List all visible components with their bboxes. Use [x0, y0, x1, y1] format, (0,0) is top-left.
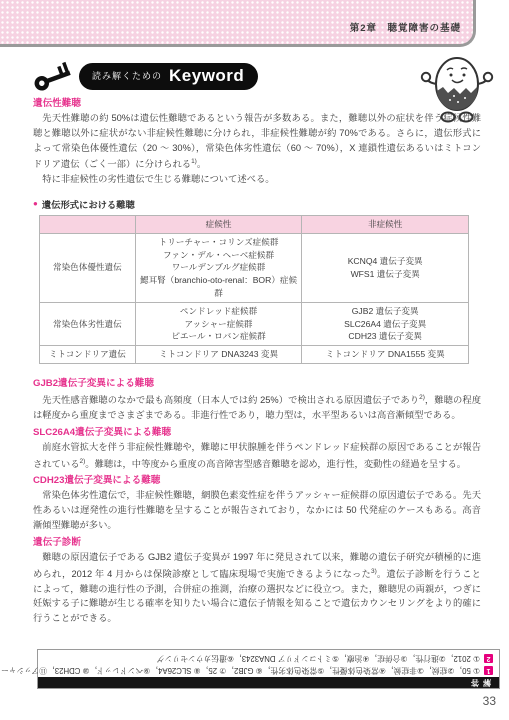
section-heading: SLC26A4遺伝子変異による難聴: [33, 426, 481, 440]
answer-text: ① 50，②症候，③非症候，④常染色体優性，⑤常染色体劣性，⑥ GJB2，⑦ 2…: [1, 665, 480, 676]
pink-bullet-icon: ●: [33, 200, 38, 208]
table-header-empty: [40, 216, 136, 234]
table-row-label: ミトコンドリア遺伝: [40, 346, 136, 364]
table-cell-line: ファン・デル・ヘーベ症候群: [139, 249, 299, 262]
paragraph: 先天性難聴の約 50%は遺伝性難聴であるという報告が多数ある。また，難聴以外の症…: [33, 111, 481, 172]
table-header-row: 症候性 非症候性: [40, 216, 469, 234]
paragraph: 先天性感音難聴のなかで最も高頻度（日本人では約 25%）で検出される原因遺伝子で…: [33, 391, 481, 423]
sections-top: 遺伝性難聴先天性難聴の約 50%は遺伝性難聴であるという報告が多数ある。また，難…: [33, 97, 481, 187]
table-cell-line: CDH23 遺伝子変異: [305, 330, 465, 343]
sections-bottom: GJB2遺伝子変異による難聴先天性感音難聴のなかで最も高頻度（日本人では約 25…: [33, 377, 481, 626]
section-heading: CDH23遺伝子変異による難聴: [33, 474, 481, 488]
answer-key-bar: 解答: [38, 677, 499, 688]
table-cell-symptomatic: ミトコンドリア DNA3243 変異: [135, 346, 302, 364]
table-cell-nonsymptomatic: KCNQ4 遺伝子変異WFS1 遺伝子変異: [302, 233, 469, 302]
main-content: 遺伝性難聴先天性難聴の約 50%は遺伝性難聴であるという報告が多数ある。また，難…: [33, 94, 481, 626]
paragraph: 前庭水管拡大を伴う非症候性難聴や，難聴に甲状腺腫を伴うペンドレッド症候群の原因で…: [33, 440, 481, 472]
keyword-badge-prefix: 読み解くための: [92, 69, 162, 82]
section-heading: 遺伝性難聴: [33, 97, 481, 111]
inheritance-table-block: ● 遺伝形式における難聴 症候性 非症候性 常染色体優性遺伝トリーチャー・コリン…: [33, 197, 481, 364]
chapter-header-band: 第2章 聴覚障害の基礎: [0, 0, 476, 47]
section-heading: GJB2遺伝子変異による難聴: [33, 377, 481, 391]
table-cell-line: ミトコンドリア DNA3243 変異: [139, 348, 299, 361]
chapter-title: 第2章 聴覚障害の基礎: [350, 20, 461, 34]
table-cell-line: WFS1 遺伝子変異: [305, 268, 465, 281]
answer-key-flipped-content: 解答 1① 50，②症候，③非症候，④常染色体優性，⑤常染色体劣性，⑥ GJB2…: [38, 650, 499, 688]
table-cell-line: ペンドレッド症候群: [139, 305, 299, 318]
key-icon: [32, 60, 74, 92]
keyword-badge: 読み解くための Keyword: [79, 63, 258, 90]
table-row-label: 常染色体劣性遺伝: [40, 302, 136, 345]
answer-row: 2① 2012，②進行性，③合併症，④治療，⑤ミトコンドリア DNA3243，⑥…: [38, 653, 499, 665]
table-row: ミトコンドリア遺伝ミトコンドリア DNA3243 変異ミトコンドリア DNA15…: [40, 346, 469, 364]
inheritance-table: 症候性 非症候性 常染色体優性遺伝トリーチャー・コリンズ症候群ファン・デル・ヘー…: [39, 215, 469, 364]
paragraph: 常染色体劣性遺伝で，非症候性難聴，網膜色素変性症を伴うアッシャー症候群の原因遺伝…: [33, 488, 481, 532]
table-row: 常染色体優性遺伝トリーチャー・コリンズ症候群ファン・デル・ヘーベ症候群ワールデン…: [40, 233, 469, 302]
answer-number-chip: 2: [484, 654, 493, 663]
table-cell-line: ピエール・ロバン症候群: [139, 330, 299, 343]
table-title-text: 遺伝形式における難聴: [42, 197, 135, 211]
table-cell-line: アッシャー症候群: [139, 318, 299, 331]
answer-row: 1① 50，②症候，③非症候，④常染色体優性，⑤常染色体劣性，⑥ GJB2，⑦ …: [38, 665, 499, 677]
table-row: 常染色体劣性遺伝ペンドレッド症候群アッシャー症候群ピエール・ロバン症候群GJB2…: [40, 302, 469, 345]
paragraph: 特に非症候性の劣性遺伝で生じる難聴について述べる。: [33, 172, 481, 187]
table-cell-line: KCNQ4 遺伝子変異: [305, 255, 465, 268]
answer-text: ① 2012，②進行性，③合併症，④治療，⑤ミトコンドリア DNA3243，⑥遺…: [157, 653, 480, 664]
table-cell-line: トリーチャー・コリンズ症候群: [139, 236, 299, 249]
page-number: 33: [483, 694, 496, 708]
paragraph: 難聴の原因遺伝子である GJB2 遺伝子変異が 1997 年に発見されて以来，難…: [33, 550, 481, 626]
answer-number-chip: 1: [484, 666, 493, 675]
keyword-header: 読み解くための Keyword: [32, 60, 258, 92]
table-cell-line: 鰓耳腎（branchio-oto-renal：BOR）症候群: [139, 274, 299, 300]
table-cell-symptomatic: トリーチャー・コリンズ症候群ファン・デル・ヘーベ症候群ワールデンブルグ症候群鰓耳…: [135, 233, 302, 302]
answer-key-label: 解答: [467, 678, 491, 687]
reference-superscript: 2): [419, 394, 425, 401]
table-cell-line: GJB2 遺伝子変異: [305, 305, 465, 318]
table-header-nonsymptomatic: 非症候性: [302, 216, 469, 234]
table-header-symptomatic: 症候性: [135, 216, 302, 234]
reference-superscript: 1): [191, 158, 197, 165]
section-heading: 遺伝子診断: [33, 536, 481, 550]
table-cell-symptomatic: ペンドレッド症候群アッシャー症候群ピエール・ロバン症候群: [135, 302, 302, 345]
reference-superscript: 3): [371, 568, 377, 575]
textbook-page: 第2章 聴覚障害の基礎 読み解くための Keyword: [0, 0, 509, 720]
table-cell-line: ミトコンドリア DNA1555 変異: [305, 348, 465, 361]
reference-superscript: 2): [80, 458, 86, 465]
table-cell-line: ワールデンブルグ症候群: [139, 261, 299, 274]
table-row-label: 常染色体優性遺伝: [40, 233, 136, 302]
table-cell-nonsymptomatic: ミトコンドリア DNA1555 変異: [302, 346, 469, 364]
table-title: ● 遺伝形式における難聴: [33, 197, 481, 211]
table-cell-nonsymptomatic: GJB2 遺伝子変異SLC26A4 遺伝子変異CDH23 遺伝子変異: [302, 302, 469, 345]
keyword-badge-title: Keyword: [169, 66, 244, 86]
table-cell-line: SLC26A4 遺伝子変異: [305, 318, 465, 331]
answer-key-box: 解答 1① 50，②症候，③非症候，④常染色体優性，⑤常染色体劣性，⑥ GJB2…: [37, 649, 500, 689]
